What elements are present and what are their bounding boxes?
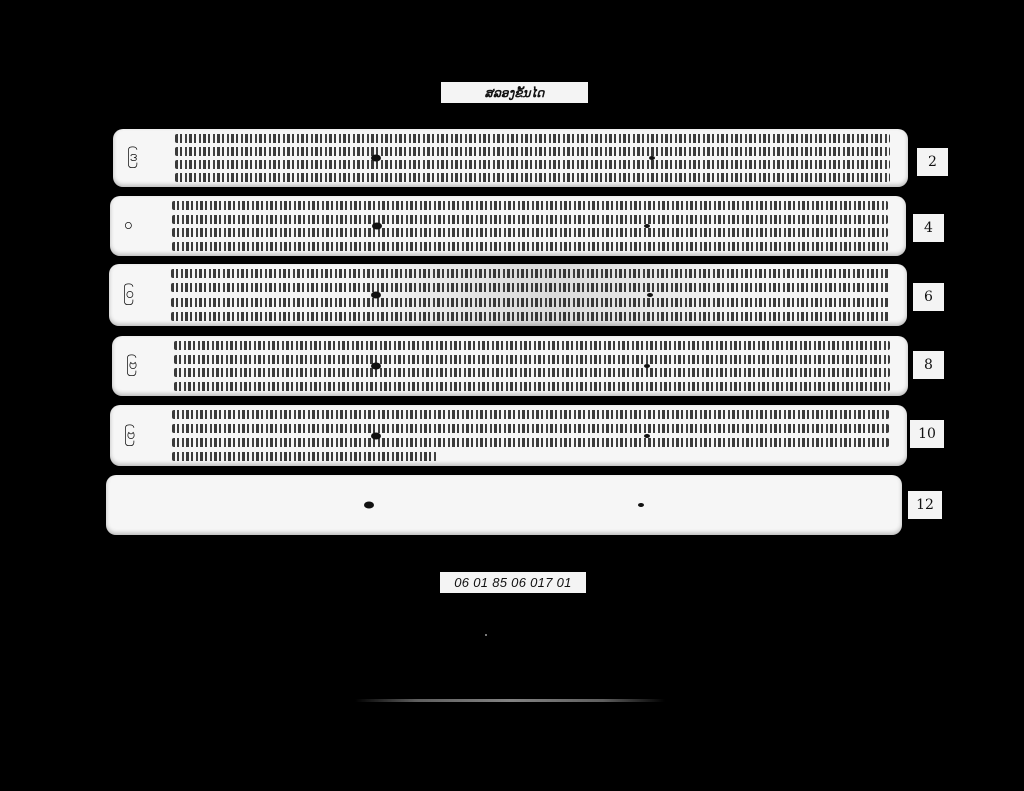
- string-hole-icon: [647, 293, 653, 297]
- string-hole-icon: [644, 224, 650, 228]
- string-hole-icon: [644, 434, 650, 438]
- string-hole-icon: [371, 432, 381, 439]
- string-hole-icon: [371, 155, 381, 162]
- page-number-tag: 6: [913, 283, 944, 311]
- palm-leaf-page-12: [106, 475, 902, 535]
- page-number-tag: 4: [913, 214, 944, 242]
- page-number-tag: 2: [917, 148, 948, 176]
- scan-artifact-streak: [355, 699, 665, 702]
- margin-mark: ဒြ: [127, 147, 137, 169]
- margin-mark: ဝြ: [123, 284, 134, 306]
- manuscript-text: [171, 269, 889, 321]
- string-hole-icon: [638, 503, 644, 507]
- palm-leaf-page-6: ဝြ: [109, 264, 907, 326]
- string-hole-icon: [371, 363, 381, 370]
- string-hole-icon: [372, 223, 382, 230]
- manuscript-title-label: ສລອງຂັ້ນໄດ: [441, 82, 588, 103]
- manuscript-text: [172, 201, 888, 251]
- manuscript-text: [172, 410, 889, 461]
- string-hole-icon: [371, 292, 381, 299]
- palm-leaf-page-10: ဗြ: [110, 405, 907, 466]
- palm-leaf-page-4: ဝ: [110, 196, 906, 256]
- margin-mark: ဗြ: [124, 425, 135, 447]
- manuscript-text: [174, 341, 890, 391]
- string-hole-icon: [364, 502, 374, 509]
- scan-artifact: [485, 634, 487, 636]
- catalog-id-label: 06 01 85 06 017 01: [440, 572, 586, 593]
- palm-leaf-page-2: ဒြ: [113, 129, 908, 187]
- manuscript-text: [175, 134, 890, 182]
- palm-leaf-page-8: ဗြ: [112, 336, 908, 396]
- margin-mark: ဗြ: [126, 355, 137, 377]
- margin-mark: ဝ: [124, 215, 132, 237]
- page-number-tag: 12: [908, 491, 942, 519]
- string-hole-icon: [644, 364, 650, 368]
- string-hole-icon: [649, 156, 655, 160]
- page-number-tag: 8: [913, 351, 944, 379]
- page-number-tag: 10: [910, 420, 944, 448]
